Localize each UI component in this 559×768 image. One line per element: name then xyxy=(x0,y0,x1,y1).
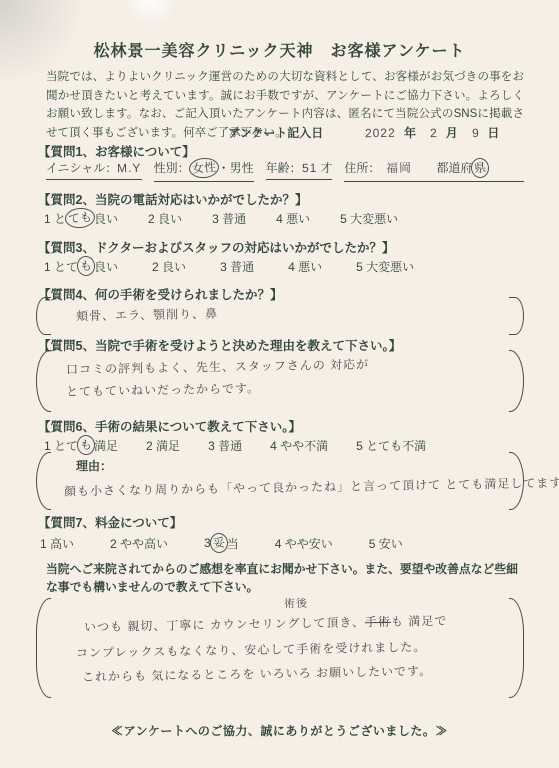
q2-option-5: 5 大変悪い xyxy=(340,208,398,228)
feedback-line2-handwritten: コンプレックスもなくなり、安心して手術を受けれました。 xyxy=(76,638,427,661)
initial-value-handwritten: M.Y xyxy=(117,161,142,175)
q1-fields-row: イニシャル：M.Y 性別：女性・男性 年齢：51 才 住所： 福岡 都道府県 xyxy=(46,158,524,182)
hand-circle-mark: 妥 xyxy=(209,532,229,553)
day-unit: 日 xyxy=(487,124,499,141)
address-label: 住所： xyxy=(344,161,374,175)
left-parenthesis xyxy=(36,297,51,335)
month-unit: 月 xyxy=(446,124,458,141)
age-value-handwritten: 51 xyxy=(302,161,318,175)
initial-label: イニシャル： xyxy=(46,161,117,175)
q2-option-4: 4 悪い xyxy=(276,208,310,228)
q4-answer-box: 頬骨、エラ、顎削り、鼻 xyxy=(36,297,524,335)
q2-option-3: 3 普通 xyxy=(212,208,246,228)
right-parenthesis xyxy=(509,350,524,412)
q5-answer-box: 口コミの評判もよく、先生、スタッフさんの 対応が とてもていねいだったからです。 xyxy=(36,350,524,412)
q3-option-3: 3 普通 xyxy=(220,256,254,276)
q7-option-3-selected: 3 妥当 xyxy=(204,533,239,553)
q6-heading: 【質問6、手術の結果について教えて下さい。】 xyxy=(38,417,301,435)
hand-circle-mark: ても xyxy=(64,207,96,230)
closing-thanks-text: ≪アンケートへのご協力、誠にありがとうございました。≫ xyxy=(0,722,559,739)
feedback-line3-handwritten: これからも 気になるところを いろいろ お願いしたいです。 xyxy=(82,662,432,685)
page-title: 松林景一美容クリニック天神 お客様アンケート xyxy=(0,38,559,61)
q7-option-4: 4 やや安い xyxy=(275,533,333,553)
feedback-prompt: 当院へご来院されてからのご感想を率直にお聞かせ下さい。また、要望や改善点など些細… xyxy=(46,560,526,597)
q3-option-4: 4 悪い xyxy=(288,256,322,276)
feedback-box: 術後 いつも 親切、丁寧に カウンセリングして頂き、手術も 満足で コンプレック… xyxy=(36,598,524,698)
q5-answer-line2-handwritten: とてもていねいだったからです。 xyxy=(66,379,260,399)
q2-options: 1 とても良い 2 良い 3 普通 4 悪い 5 大変悪い xyxy=(44,208,398,228)
year-unit: 年 xyxy=(404,124,416,141)
insertion-annotation-handwritten: 術後 xyxy=(284,595,308,611)
q5-answer-line1-handwritten: 口コミの評判もよく、先生、スタッフさんの 対応が xyxy=(66,355,369,377)
q7-options: 1 高い 2 やや高い 3 妥当 4 やや安い 5 安い xyxy=(40,533,403,553)
q3-heading: 【質問3、ドクターおよびスタッフの対応はいかがでしたか？】 xyxy=(38,238,394,256)
q3-option-5: 5 大変悪い xyxy=(356,256,414,276)
struck-out-word: 手術 xyxy=(365,615,391,629)
gender-circled-choice: 女性 xyxy=(188,157,220,180)
left-parenthesis xyxy=(36,452,51,510)
date-day-handwritten: 9 xyxy=(472,126,480,140)
initial-field: イニシャル：M.Y xyxy=(46,159,142,180)
q3-option-2: 2 良い xyxy=(152,256,186,276)
date-year-handwritten: 2022 xyxy=(365,126,396,141)
q7-option-1: 1 高い xyxy=(40,533,74,553)
gender-label: 性別： xyxy=(154,161,190,175)
prefecture-suffix: 都道府 xyxy=(436,161,472,175)
q2-option-1-selected: 1 とても良い xyxy=(44,208,118,228)
right-parenthesis xyxy=(509,598,524,698)
hand-circle-mark: も xyxy=(76,255,96,276)
feedback-line1-handwritten: いつも 親切、丁寧に カウンセリングして頂き、手術も 満足で xyxy=(84,612,448,635)
gender-other-option: ・男性 xyxy=(218,161,254,175)
q2-option-2: 2 良い xyxy=(148,208,182,228)
left-parenthesis xyxy=(36,350,51,412)
q6-reason-handwritten: 顔も小さくなり周りからも「やって良かったね」と言って頂けて とても満足してます。 xyxy=(64,474,559,500)
age-field: 年齢：51 才 xyxy=(266,159,333,180)
right-parenthesis xyxy=(509,297,524,335)
left-parenthesis xyxy=(36,598,51,698)
scanned-survey-page: 松林景一美容クリニック天神 お客様アンケート 当院では、よりよいクリニック運営の… xyxy=(0,0,559,768)
q4-answer-handwritten: 頬骨、エラ、顎削り、鼻 xyxy=(76,305,218,324)
q7-heading: 【質問7、料金について】 xyxy=(38,513,182,531)
q7-option-2: 2 やや高い xyxy=(110,533,168,553)
address-field: 住所： 福岡 都道府県 xyxy=(344,158,524,182)
q7-option-5: 5 安い xyxy=(369,533,403,553)
survey-date-row: アンケート記入日 2022 年 2 月 9 日 xyxy=(228,124,513,141)
q3-options: 1 とても良い 2 良い 3 普通 4 悪い 5 大変悪い xyxy=(44,256,414,276)
date-label: アンケート記入日 xyxy=(228,124,323,141)
age-unit: 才 xyxy=(320,161,332,175)
q6-reason-box: 理由： 顔も小さくなり周りからも「やって良かったね」と言って頂けて とても満足し… xyxy=(36,452,524,510)
gender-field: 性別：女性・男性 xyxy=(154,158,254,182)
q3-option-1-selected: 1 とても良い xyxy=(44,256,118,276)
address-value-handwritten: 福岡 xyxy=(386,159,412,176)
prefecture-circled-choice: 県 xyxy=(471,157,491,178)
age-label: 年齢： xyxy=(266,161,302,175)
date-month-handwritten: 2 xyxy=(430,126,438,140)
reason-label: 理由： xyxy=(76,457,112,474)
q2-heading: 【質問2、当院の電話対応はいかがでしたか？】 xyxy=(38,190,307,208)
